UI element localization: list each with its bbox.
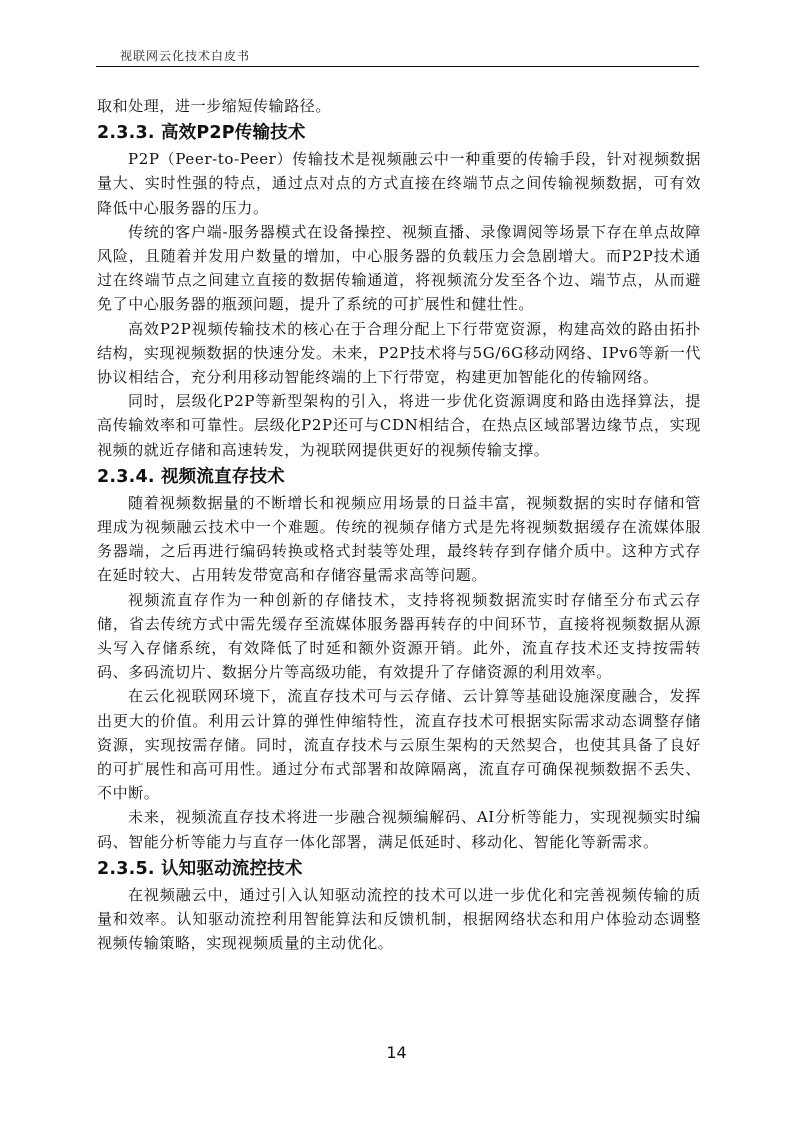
paragraph: 高效P2P视频传输技术的核心在于合理分配上下行带宽资源，构建高效的路由拓扑结构，… [97,317,701,390]
paragraph: P2P（Peer-to-Peer）传输技术是视频融云中一种重要的传输手段，针对视… [97,147,701,220]
continuation-paragraph: 取和处理，进一步缩短传输路径。 [97,94,701,118]
page-content: 取和处理，进一步缩短传输路径。 2.3.3. 高效P2P传输技术 P2P（Pee… [97,94,701,956]
paragraph: 视频流直存作为一种创新的存储技术，支持将视频数据流实时存储至分布式云存储，省去传… [97,588,701,685]
paragraph: 在视频融云中，通过引入认知驱动流控的技术可以进一步优化和完善视频传输的质量和效率… [97,883,701,956]
document-title: 视联网云化技术白皮书 [120,47,250,64]
section-heading: 2.3.3. 高效P2P传输技术 [97,119,701,147]
section-2-3-5: 2.3.5. 认知驱动流控技术 在视频融云中，通过引入认知驱动流控的技术可以进一… [97,855,701,956]
section-heading: 2.3.4. 视频流直存技术 [97,463,701,491]
section-heading: 2.3.5. 认知驱动流控技术 [97,855,701,883]
page-header: 视联网云化技术白皮书 [96,46,699,67]
paragraph: 未来，视频流直存技术将进一步融合视频编解码、AI分析等能力，实现视频实时编码、智… [97,805,701,853]
section-2-3-4: 2.3.4. 视频流直存技术 随着视频数据量的不断增长和视频应用场景的日益丰富，… [97,463,701,854]
page-number: 14 [0,1043,793,1062]
paragraph: 传统的客户端-服务器模式在设备操控、视频直播、录像调阅等场景下存在单点故障风险，… [97,220,701,317]
paragraph: 同时，层级化P2P等新型架构的引入，将进一步优化资源调度和路由选择算法，提高传输… [97,389,701,462]
paragraph: 随着视频数据量的不断增长和视频应用场景的日益丰富，视频数据的实时存储和管理成为视… [97,491,701,588]
paragraph: 在云化视联网环境下，流直存技术可与云存储、云计算等基础设施深度融合，发挥出更大的… [97,684,701,805]
section-2-3-3: 2.3.3. 高效P2P传输技术 P2P（Peer-to-Peer）传输技术是视… [97,119,701,462]
